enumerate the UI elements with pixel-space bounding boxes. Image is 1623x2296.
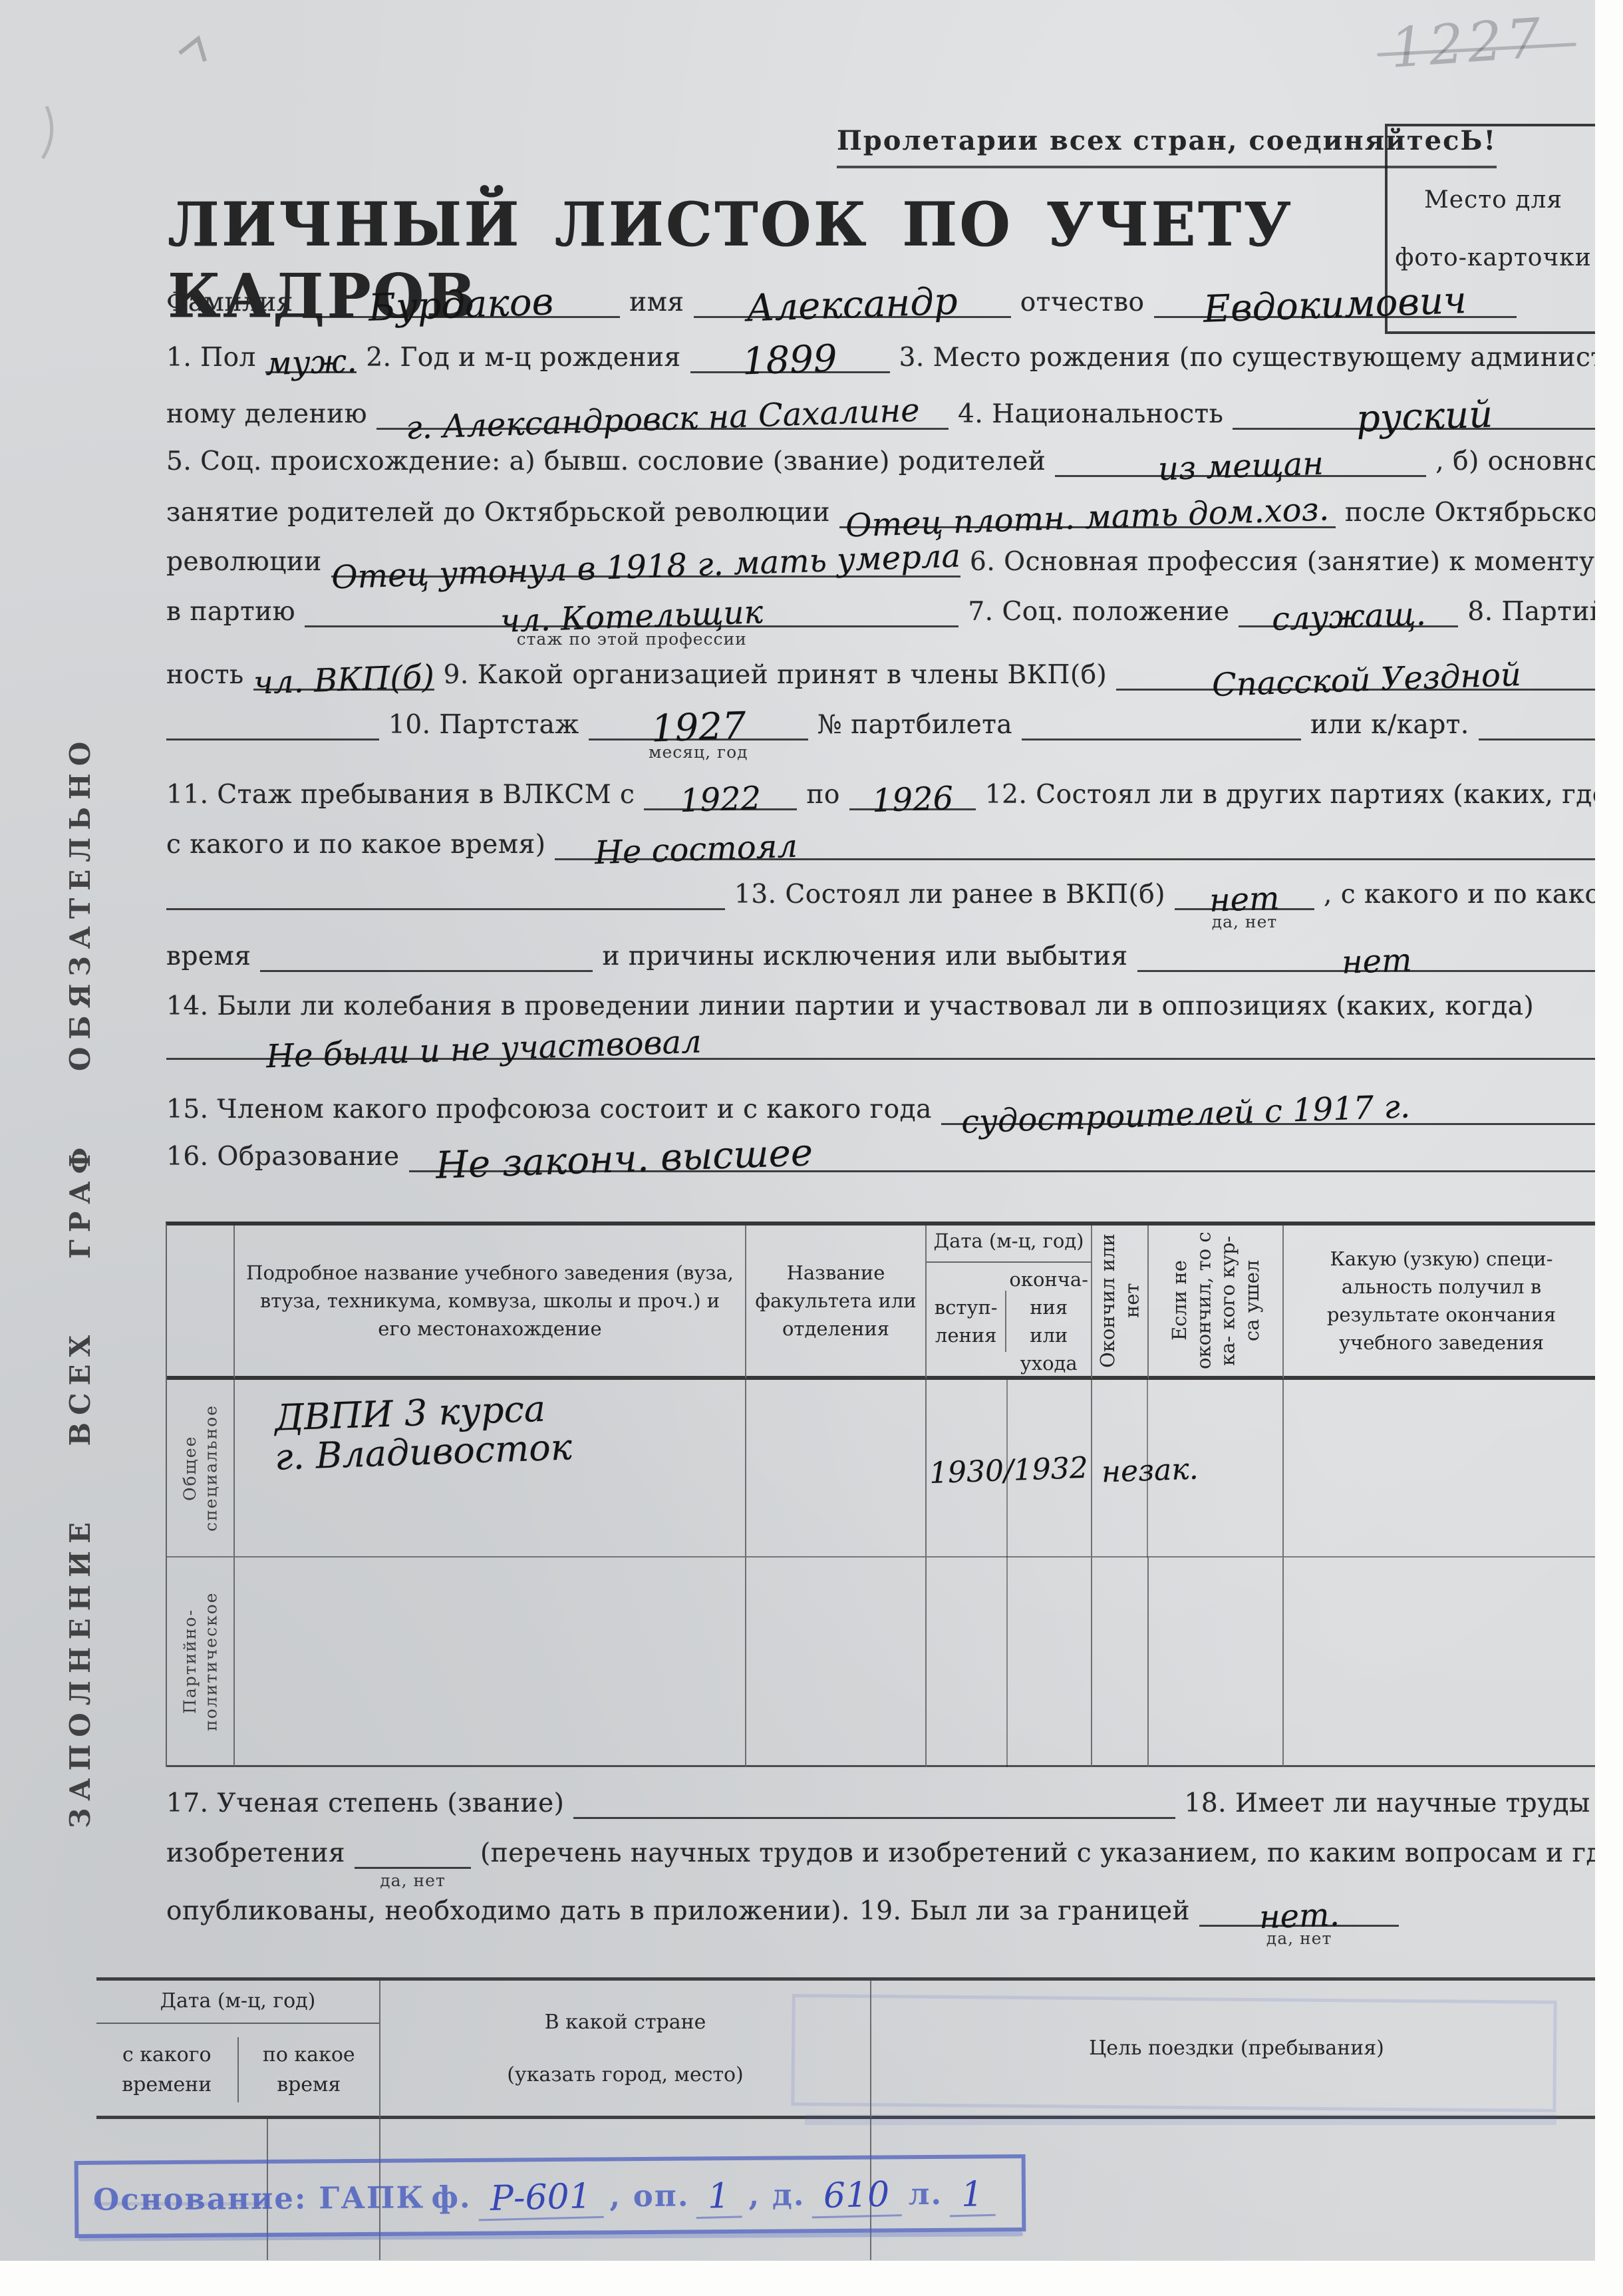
- q1-value: муж.: [265, 347, 357, 379]
- edu-rowgroup-general: Общее специальное: [167, 1380, 235, 1558]
- q3-value: г. Александровск на Сахалине: [405, 396, 920, 442]
- form-line-16: 16. Образование Не законч. высшее: [166, 1142, 1616, 1172]
- q7-field: служащ.: [1239, 603, 1458, 627]
- q13-time-blank: [260, 962, 593, 972]
- q19-field: нет. да, нет: [1199, 1902, 1399, 1927]
- form-line-13: 14. Были ли колебания в проведении линии…: [166, 991, 1616, 1022]
- q17-field: [573, 1809, 1175, 1819]
- q8-label: 8. Партий-: [1467, 597, 1616, 627]
- stamp-opis-value: 1: [696, 2176, 743, 2219]
- q18-label: 18. Имеет ли научные труды и: [1185, 1788, 1616, 1819]
- form-line-4: занятие родителей до Октябрьской революц…: [166, 498, 1616, 528]
- q5e-value: Отец утонул в 1918 г. мать умерла: [331, 542, 960, 592]
- q6-note: стаж по этой профессии: [517, 629, 747, 649]
- q16-field: Не законч. высшее: [409, 1143, 1616, 1172]
- edu-row1-faculty: [746, 1380, 927, 1558]
- q15-value: судостроителей с 1917 г.: [960, 1092, 1410, 1137]
- edu-row1-dates-value: 1930/1932: [929, 1455, 1088, 1487]
- stamp-opis-label: , оп.: [609, 2178, 689, 2214]
- q7-value: служащ.: [1271, 600, 1426, 634]
- edu-header-left-course: Если не окончил, то с ка- кого кур- са у…: [1149, 1226, 1284, 1380]
- edu-rowgroup-party: Партийно- политическое: [167, 1558, 235, 1767]
- q12-continuation-blank: [166, 900, 725, 910]
- form-line-11: 13. Состоял ли ранее в ВКП(б) нет да, не…: [166, 880, 1616, 910]
- q13-field: нет да, нет: [1175, 886, 1314, 910]
- q18-label2: изобретения: [166, 1838, 345, 1869]
- patronymic-label: отчество: [1020, 287, 1145, 318]
- q5b-label: , б) основное: [1435, 446, 1616, 477]
- q13-value: нет: [1209, 884, 1280, 915]
- surname-field: Бурдаков: [303, 289, 620, 318]
- travel-header-date: Дата (м-ц, год) с какого времени по како…: [96, 1981, 380, 2119]
- travel-header-date-group: Дата (м-ц, год): [96, 1981, 379, 2024]
- q5c-label: занятие родителей до Октябрьской революц…: [166, 498, 830, 528]
- q10c-label: или к/карт.: [1310, 710, 1469, 740]
- stamp-delo-value: 610: [811, 2174, 903, 2218]
- q5d-label: после Октябрьской: [1345, 498, 1616, 528]
- q12-label2: с какого и по какое время): [166, 830, 545, 860]
- form-line-1: 1. Пол муж. 2. Год и м-ц рождения 1899 3…: [166, 343, 1616, 373]
- q10-value: 1927: [651, 709, 746, 746]
- q11-to-value: 1926: [871, 784, 954, 816]
- q1-field: муж.: [265, 349, 357, 373]
- stamp-list-label: л.: [909, 2176, 943, 2211]
- q15-field: судостроителей с 1917 г.: [941, 1100, 1616, 1125]
- edu-row2-school: [235, 1558, 746, 1767]
- surname-value: Бурдаков: [369, 285, 555, 325]
- stamp-fond-label: ф.: [431, 2179, 472, 2214]
- q10b-field: [1022, 731, 1301, 740]
- edu-header-specialty: Какую (узкую) специ- альность получил в …: [1284, 1226, 1600, 1380]
- form-line-5: революции Отец утонул в 1918 г. мать уме…: [166, 547, 1616, 577]
- scan-edge-bottom: [0, 2261, 1623, 2296]
- q8-field: чл. ВКП(б): [253, 666, 434, 691]
- q5a-value: из мещан: [1157, 449, 1324, 484]
- q11-to-label: по: [806, 780, 839, 810]
- q3-label: 3. Место рождения (по существующему адми…: [899, 343, 1623, 373]
- q2-label: 2. Год и м-ц рождения: [366, 343, 680, 373]
- q6-label2: в партию: [166, 597, 295, 627]
- q14-field: Не были и не участвовал: [166, 1035, 1616, 1060]
- identity-line: Фамилия Бурдаков имя Александр отчество …: [166, 287, 1517, 318]
- q5e-label: революции: [166, 547, 322, 577]
- name-label: имя: [629, 287, 684, 318]
- form-line-9: 11. Стаж пребывания в ВЛКСМ с 1922 по 19…: [166, 780, 1616, 810]
- q9-continuation-blank: [166, 731, 379, 740]
- edu-header-finished: Окончил или нет: [1092, 1226, 1149, 1380]
- edu-row1-school-line2: г. Владивосток: [274, 1431, 572, 1474]
- form-line-7: ность чл. ВКП(б) 9. Какой организацией п…: [166, 660, 1616, 691]
- edu-header-date-start: вступ- ления: [927, 1291, 1006, 1352]
- q2-value: 1899: [742, 342, 837, 379]
- form-line-14: Не были и не участвовал: [166, 1035, 1616, 1060]
- photo-box-line2: фото-карточки: [1395, 244, 1592, 271]
- q10b-label: № партбилета: [817, 710, 1012, 740]
- stamp-list-value: 1: [949, 2174, 996, 2217]
- q14-label: 14. Были ли колебания в проведении линии…: [166, 991, 1534, 1022]
- q15-label: 15. Членом какого профсоюза состоит и с …: [166, 1094, 932, 1125]
- margin-vertical-note: ЗАПОЛНЕНИЕ ВСЕХ ГРАФ ОБЯЗАТЕЛЬНО: [64, 391, 96, 1828]
- q13-label: 13. Состоял ли ранее в ВКП(б): [734, 880, 1165, 910]
- q19-note: да, нет: [1266, 1929, 1332, 1948]
- patronymic-value: Евдокимович: [1203, 284, 1467, 327]
- q18-label4: опубликованы, необходимо дать в приложен…: [166, 1896, 850, 1927]
- q18-note: да, нет: [380, 1871, 445, 1890]
- q14-value: Не были и не участвовал: [265, 1028, 702, 1072]
- q11-to-field: 1926: [849, 786, 976, 810]
- q5a-label: 5. Соц. происхождение: а) бывш. сословие…: [166, 446, 1046, 477]
- edu-row1-school: ДВПИ 3 курса г. Владивосток: [235, 1380, 746, 1558]
- edu-header-date-end: оконча- ния или ухода: [1006, 1263, 1091, 1380]
- q12-value: Не состоял: [595, 832, 798, 868]
- form-line-2: ному делению г. Александровск на Сахалин…: [166, 399, 1616, 430]
- photo-box-line1: Место для: [1424, 186, 1562, 214]
- form-line-6: в партию чл. Котельщик стаж по этой проф…: [166, 597, 1616, 627]
- patronymic-field: Евдокимович: [1154, 289, 1517, 318]
- q5a-field: из мещан: [1055, 452, 1426, 477]
- edu-row2-faculty: [746, 1558, 927, 1767]
- q11-from-value: 1922: [680, 784, 762, 816]
- q8-label2: ность: [166, 660, 244, 691]
- surname-label: Фамилия: [166, 287, 293, 318]
- stamp-ink-smear-small: [93, 2202, 266, 2206]
- q9-label: 9. Какой организацией принят в члены ВКП…: [444, 660, 1107, 691]
- q12-label: 12. Состоял ли в других партиях (каких, …: [985, 780, 1616, 810]
- edu-header-school: Подробное название учебного заведения (в…: [235, 1226, 746, 1380]
- q9-value: Спасской Уездной: [1211, 661, 1521, 700]
- edu-row1-specialty: [1284, 1380, 1600, 1558]
- stamp-label: Основание: ГАПК: [93, 2180, 425, 2217]
- edu-rowgroup-party-text: Партийно- политическое: [180, 1563, 221, 1760]
- q8-value: чл. ВКП(б): [253, 663, 434, 698]
- edu-header-date: Дата (м-ц, год) вступ- ления оконча- ния…: [927, 1226, 1092, 1380]
- edu-row1-finished-value: незак.: [1101, 1456, 1199, 1486]
- pencil-page-number: 1227: [1388, 7, 1547, 81]
- form-line-17: 17. Ученая степень (звание) 18. Имеет ли…: [166, 1788, 1616, 1819]
- form-line-8: 10. Партстаж 1927 месяц, год № партбилет…: [166, 710, 1616, 740]
- q19-label: 19. Был ли за границей: [859, 1896, 1190, 1927]
- name-value: Александр: [746, 285, 959, 325]
- q5c-field: Отец плотн. мать дом.хоз.: [839, 504, 1336, 528]
- ghost-stamp-impression: [791, 1994, 1556, 2112]
- form-line-12: время и причины исключения или выбытия н…: [166, 941, 1616, 972]
- edu-header-finished-text: Окончил или нет: [1096, 1231, 1144, 1371]
- education-table: Подробное название учебного заведения (в…: [166, 1222, 1600, 1767]
- q4-value: руский: [1356, 398, 1493, 436]
- q7-label: 7. Соц. положение: [968, 597, 1229, 627]
- q4-label: 4. Национальность: [958, 399, 1223, 430]
- q12-field: Не состоял: [555, 836, 1616, 860]
- q13-label2: , с какого и по какое: [1324, 880, 1616, 910]
- ghost-stamp-band: [805, 2114, 1556, 2125]
- q1-label: 1. Пол: [166, 343, 256, 373]
- q16-label: 16. Образование: [166, 1142, 400, 1172]
- q4-field: руский: [1233, 401, 1616, 430]
- archive-stamp: Основание: ГАПК ф. Р-601 , оп. 1 , д. 61…: [74, 2154, 1026, 2238]
- travel-header-from: с какого времени: [96, 2037, 239, 2102]
- scanned-paper-background: 1227 Пролетарии всех стран, соединяйтесЬ…: [0, 0, 1595, 2261]
- q11-from-field: 1922: [644, 786, 797, 810]
- q17-label: 17. Ученая степень (звание): [166, 1788, 564, 1819]
- q13-label3: время: [166, 941, 251, 972]
- form-line-3: 5. Соц. происхождение: а) бывш. сословие…: [166, 446, 1616, 477]
- q5c-value: Отец плотн. мать дом.хоз.: [845, 495, 1330, 541]
- q13-note: да, нет: [1212, 912, 1277, 931]
- edu-row2-finished: [1092, 1558, 1149, 1767]
- edu-header-faculty: Название факультета или отделения: [746, 1226, 927, 1380]
- q13-label4: и причины исключения или выбытия: [602, 941, 1127, 972]
- q2-field: 1899: [690, 344, 890, 373]
- q6-field: чл. Котельщик стаж по этой профессии: [305, 603, 959, 627]
- q5e-field: Отец утонул в 1918 г. мать умерла: [331, 553, 960, 577]
- form-line-15: 15. Членом какого профсоюза состоит и с …: [166, 1094, 1616, 1125]
- scanned-personnel-form: { "page": { "pencil_number": "1227", "sl…: [0, 0, 1623, 2296]
- form-line-19: опубликованы, необходимо дать в приложен…: [166, 1896, 1616, 1927]
- q3-field: г. Александровск на Сахалине: [376, 405, 949, 430]
- edu-row1-finished: незак.: [1092, 1380, 1284, 1558]
- q10-field: 1927 месяц, год: [589, 711, 808, 740]
- form-line-10: с какого и по какое время) Не состоял: [166, 830, 1616, 860]
- travel-header-country-line2: (указать город, место): [507, 2060, 744, 2090]
- scan-edge-right: [1595, 0, 1623, 2296]
- q10-label: 10. Партстаж: [388, 710, 579, 740]
- q9-field: Спасской Уездной: [1116, 666, 1616, 691]
- edu-header-left-course-text: Если не окончил, то с ка- кого кур- са у…: [1167, 1231, 1264, 1371]
- q11-label: 11. Стаж пребывания в ВЛКСМ с: [166, 780, 635, 810]
- form-line-18: изобретения да, нет (перечень научных тр…: [166, 1838, 1616, 1869]
- q3-label2: ному делению: [166, 399, 367, 430]
- edu-row1-dates: 1930/1932: [927, 1380, 1092, 1558]
- q10-note: месяц, год: [649, 742, 748, 762]
- edu-row2-dates: [927, 1558, 1092, 1767]
- q6-label: 6. Основная профессия (занятие) к момент…: [970, 547, 1623, 577]
- q18-field: да, нет: [355, 1859, 471, 1869]
- q19-value: нет.: [1258, 1901, 1340, 1932]
- q13-reason-field: нет: [1137, 947, 1616, 972]
- stamp-fond-value: Р-601: [478, 2176, 603, 2221]
- travel-header-country-line1: В какой стране: [545, 2007, 706, 2037]
- edu-row2-left-course: [1149, 1558, 1284, 1767]
- edu-header-rowgroup: [167, 1226, 235, 1380]
- edu-rowgroup-general-text: Общее специальное: [180, 1385, 221, 1551]
- edu-row2-specialty: [1284, 1558, 1600, 1767]
- edu-header-date-group: Дата (м-ц, год): [927, 1222, 1091, 1263]
- pencil-marks: [27, 27, 293, 200]
- name-field: Александр: [694, 289, 1011, 318]
- travel-header-to: по какое время: [239, 2037, 380, 2102]
- q13-reason-value: нет: [1341, 946, 1412, 977]
- q16-value: Не законч. высшее: [435, 1136, 813, 1183]
- q18-label3: (перечень научных трудов и изобретений с…: [480, 1838, 1618, 1869]
- stamp-delo-label: , д.: [748, 2177, 805, 2213]
